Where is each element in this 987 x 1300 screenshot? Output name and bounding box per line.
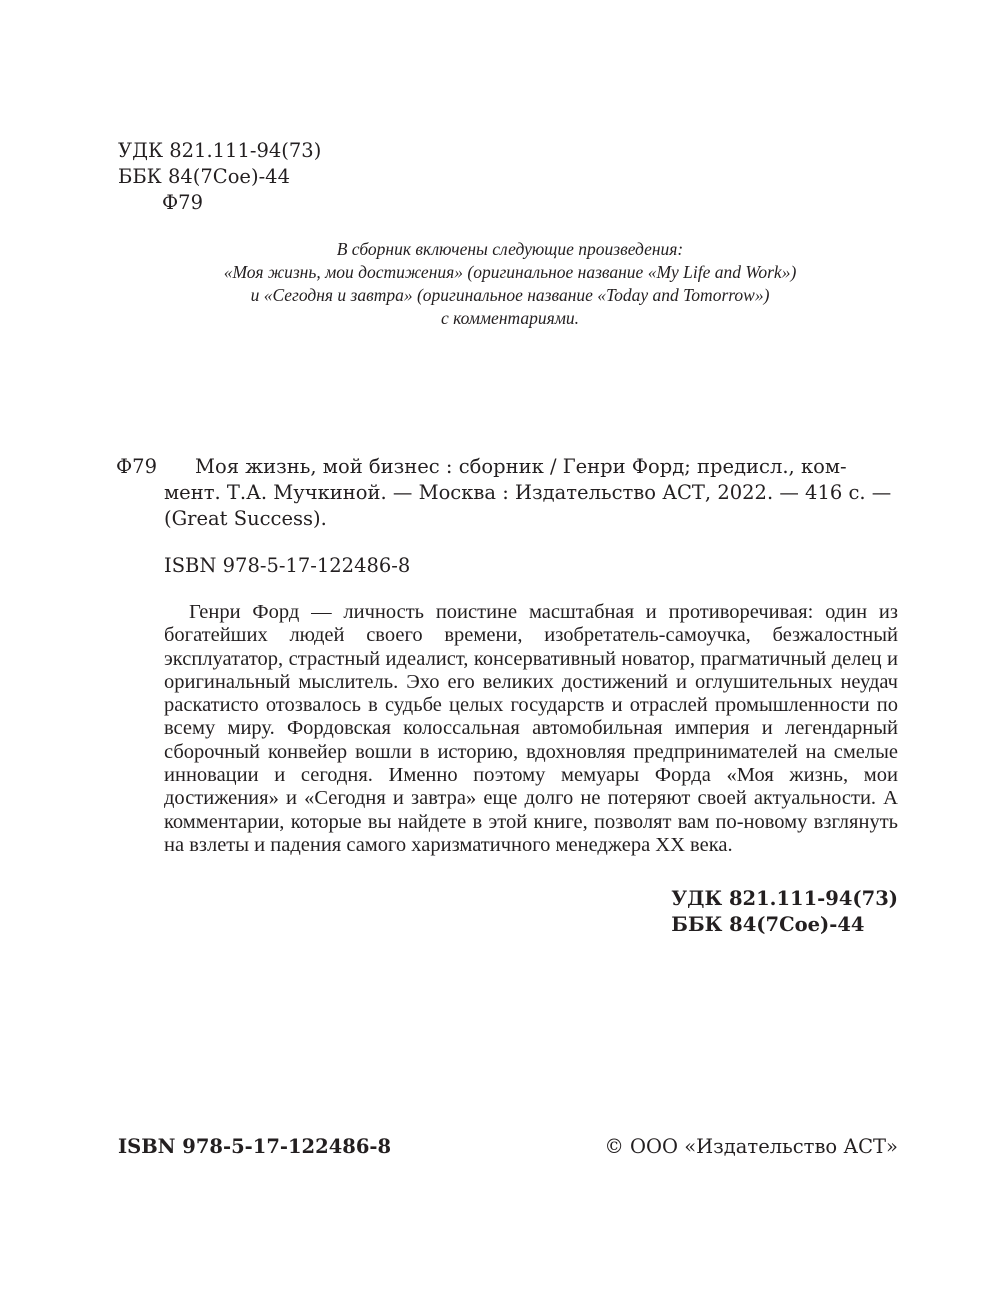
record-line: мент. Т.А. Мучкиной. — Москва : Издатель… bbox=[164, 480, 900, 506]
collection-note-line: В сборник включены следующие произведени… bbox=[160, 238, 860, 261]
udk-code: УДК 821.111-94(73) bbox=[118, 138, 321, 164]
collection-note: В сборник включены следующие произведени… bbox=[160, 238, 860, 330]
record-author-code: Ф79 bbox=[116, 454, 157, 480]
udk-code-bottom: УДК 821.111-94(73) bbox=[671, 886, 898, 912]
record-line: Моя жизнь, мой бизнес : сборник / Генри … bbox=[195, 454, 900, 480]
classification-block-bottom: УДК 821.111-94(73) ББК 84(7Сое)-44 bbox=[671, 886, 898, 938]
collection-note-line: и «Сегодня и завтра» (оригинальное назва… bbox=[160, 284, 860, 307]
bbk-code-bottom: ББК 84(7Сое)-44 bbox=[671, 912, 898, 938]
collection-note-line: «Моя жизнь, мои достижения» (оригинально… bbox=[160, 261, 860, 284]
annotation-paragraph: Генри Форд — личность поистине масштабна… bbox=[164, 601, 898, 857]
bbk-code: ББК 84(7Сое)-44 bbox=[118, 164, 321, 190]
record-line: (Great Success). bbox=[164, 506, 900, 532]
bibliographic-record: Ф79 Моя жизнь, мой бизнес : сборник / Ге… bbox=[116, 454, 900, 532]
copyright-notice: © ООО «Издательство АСТ» bbox=[604, 1135, 898, 1158]
collection-note-line: с комментариями. bbox=[160, 307, 860, 330]
classification-block-top: УДК 821.111-94(73) ББК 84(7Сое)-44 Ф79 bbox=[118, 138, 321, 216]
footer-isbn: ISBN 978-5-17-122486-8 bbox=[118, 1135, 391, 1158]
author-code: Ф79 bbox=[118, 190, 321, 216]
record-isbn: ISBN 978-5-17-122486-8 bbox=[164, 553, 410, 579]
